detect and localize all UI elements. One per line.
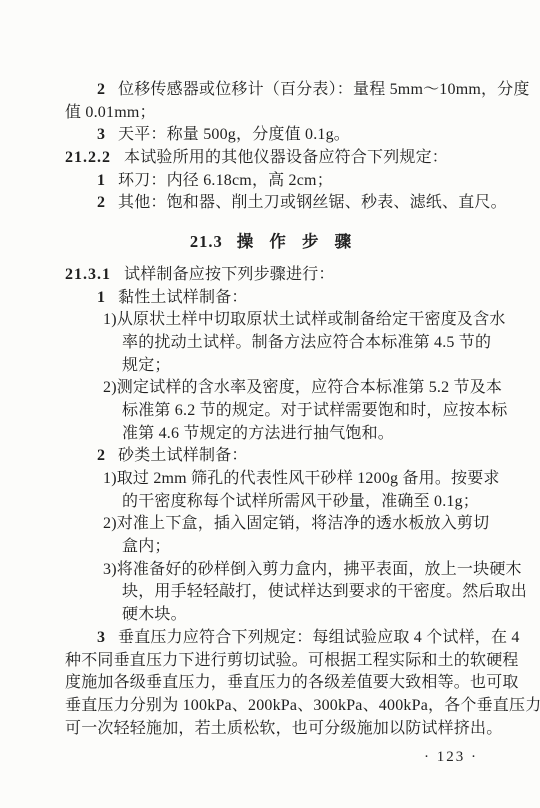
text-line: 度施加各级垂直压力，垂直压力的各级差值要大致相等。也可取 xyxy=(65,672,482,695)
line-text: 黏性土试样制备： xyxy=(118,289,248,306)
line-text: 块，用手轻轻敲打，使试样达到要求的干密度。然后取出 xyxy=(122,583,527,600)
item-number: 1 xyxy=(97,287,118,310)
text-line: 2砂类土试样制备： xyxy=(65,445,482,468)
line-text: 1)从原状土样中切取原状土试样或制备给定干密度及含水 xyxy=(103,311,506,328)
text-line: 1环刀：内径 6.18cm，高 2cm； xyxy=(65,170,482,193)
line-text: 垂直压力分别为 100kPa、200kPa、300kPa、400kPa，各个垂直… xyxy=(65,697,540,714)
text-line: 1黏性土试样制备： xyxy=(65,287,482,310)
line-text: 准第 4.6 节规定的方法进行抽气饱和。 xyxy=(122,425,394,442)
item-number: 2 xyxy=(97,79,118,102)
text-line: 规定； xyxy=(65,355,482,378)
line-text: 1)取过 2mm 筛孔的代表性风干砂样 1200g 备用。按要求 xyxy=(103,470,500,487)
text-line: 3天平：称量 500g，分度值 0.1g。 xyxy=(65,124,482,147)
scanned-document-page: 2位移传感器或位移计（百分表）：量程 5mm～10mm，分度值 0.01mm；3… xyxy=(0,0,540,808)
line-text: 位移传感器或位移计（百分表）：量程 5mm～10mm，分度 xyxy=(118,81,530,98)
line-text: 可一次轻轻施加，若土质松软，也可分级施加以防试样挤出。 xyxy=(65,720,502,737)
text-line: 硬木块。 xyxy=(65,604,482,627)
line-text: 盒内； xyxy=(122,538,171,555)
line-text: 2)测定试样的含水率及密度，应符合本标准第 5.2 节及本 xyxy=(103,379,502,396)
line-text: 环刀：内径 6.18cm，高 2cm； xyxy=(118,172,333,189)
line-text: 天平：称量 500g，分度值 0.1g。 xyxy=(118,126,350,143)
text-line: 3)将准备好的砂样倒入剪力盒内，拂平表面，放上一块硬木 xyxy=(65,559,482,582)
line-text: 规定； xyxy=(122,357,171,374)
text-line: 2)测定试样的含水率及密度，应符合本标准第 5.2 节及本 xyxy=(65,377,482,400)
line-text: 种不同垂直压力下进行剪切试验。可根据工程实际和土的软硬程 xyxy=(65,652,519,669)
clause-number: 21.3.1 xyxy=(65,266,111,283)
text-block: 2位移传感器或位移计（百分表）：量程 5mm～10mm，分度值 0.01mm；3… xyxy=(0,0,540,767)
page-number: · 123 · xyxy=(65,747,482,767)
section-number: 21.3 xyxy=(190,232,223,251)
text-line: 可一次轻轻施加，若土质松软，也可分级施加以防试样挤出。 xyxy=(65,718,482,741)
text-line: 的干密度称每个试样所需风干砂量，准确至 0.1g； xyxy=(65,491,482,514)
clause-number: 21.2.2 xyxy=(65,149,111,166)
line-text: 2)对准上下盒，插入固定销，将洁净的透水板放入剪切 xyxy=(103,515,489,532)
text-line: 率的扰动土试样。制备方法应符合本标准第 4.5 节的 xyxy=(65,332,482,355)
text-line: 准第 4.6 节规定的方法进行抽气饱和。 xyxy=(65,423,482,446)
text-line: 2位移传感器或位移计（百分表）：量程 5mm～10mm，分度 xyxy=(65,79,482,102)
line-text: 其他：饱和器、削土刀或钢丝锯、秒表、滤纸、直尺。 xyxy=(118,194,507,211)
line-text: 3)将准备好的砂样倒入剪力盒内，拂平表面，放上一块硬木 xyxy=(103,561,522,578)
line-text: 本试验所用的其他仪器设备应符合下列规定： xyxy=(124,149,448,166)
text-line: 1)从原状土样中切取原状土试样或制备给定干密度及含水 xyxy=(65,309,482,332)
item-number: 2 xyxy=(97,445,118,468)
item-number: 3 xyxy=(97,124,118,147)
item-number: 1 xyxy=(97,170,118,193)
text-line: 1)取过 2mm 筛孔的代表性风干砂样 1200g 备用。按要求 xyxy=(65,468,482,491)
text-line: 21.2.2本试验所用的其他仪器设备应符合下列规定： xyxy=(65,147,482,170)
clause-21-2-lines: 2位移传感器或位移计（百分表）：量程 5mm～10mm，分度值 0.01mm；3… xyxy=(65,79,482,215)
line-text: 的干密度称每个试样所需风干砂量，准确至 0.1g； xyxy=(122,493,479,510)
text-line: 3垂直压力应符合下列规定：每组试验应取 4 个试样，在 4 xyxy=(65,627,482,650)
text-line: 21.3.1试样制备应按下列步骤进行： xyxy=(65,264,482,287)
text-line: 值 0.01mm； xyxy=(65,102,482,125)
clause-21-3-lines: 21.3.1试样制备应按下列步骤进行：1黏性土试样制备：1)从原状土样中切取原状… xyxy=(65,264,482,740)
section-heading: 21.3操 作 步 骤 xyxy=(65,231,482,254)
line-text: 垂直压力应符合下列规定：每组试验应取 4 个试样，在 4 xyxy=(118,629,520,646)
item-number: 3 xyxy=(97,627,118,650)
text-line: 2)对准上下盒，插入固定销，将洁净的透水板放入剪切 xyxy=(65,513,482,536)
text-line: 种不同垂直压力下进行剪切试验。可根据工程实际和土的软硬程 xyxy=(65,650,482,673)
line-text: 试样制备应按下列步骤进行： xyxy=(124,266,335,283)
line-text: 值 0.01mm； xyxy=(65,104,156,121)
text-line: 盒内； xyxy=(65,536,482,559)
section-title: 操 作 步 骤 xyxy=(237,232,357,251)
text-line: 2其他：饱和器、削土刀或钢丝锯、秒表、滤纸、直尺。 xyxy=(65,192,482,215)
line-text: 率的扰动土试样。制备方法应符合本标准第 4.5 节的 xyxy=(122,334,491,351)
text-line: 标准第 6.2 节的规定。对于试样需要饱和时，应按本标 xyxy=(65,400,482,423)
line-text: 度施加各级垂直压力，垂直压力的各级差值要大致相等。也可取 xyxy=(65,674,519,691)
text-line: 块，用手轻轻敲打，使试样达到要求的干密度。然后取出 xyxy=(65,581,482,604)
line-text: 砂类土试样制备： xyxy=(118,447,248,464)
line-text: 标准第 6.2 节的规定。对于试样需要饱和时，应按本标 xyxy=(122,402,507,419)
item-number: 2 xyxy=(97,192,118,215)
text-line: 垂直压力分别为 100kPa、200kPa、300kPa、400kPa，各个垂直… xyxy=(65,695,482,718)
line-text: 硬木块。 xyxy=(122,606,187,623)
